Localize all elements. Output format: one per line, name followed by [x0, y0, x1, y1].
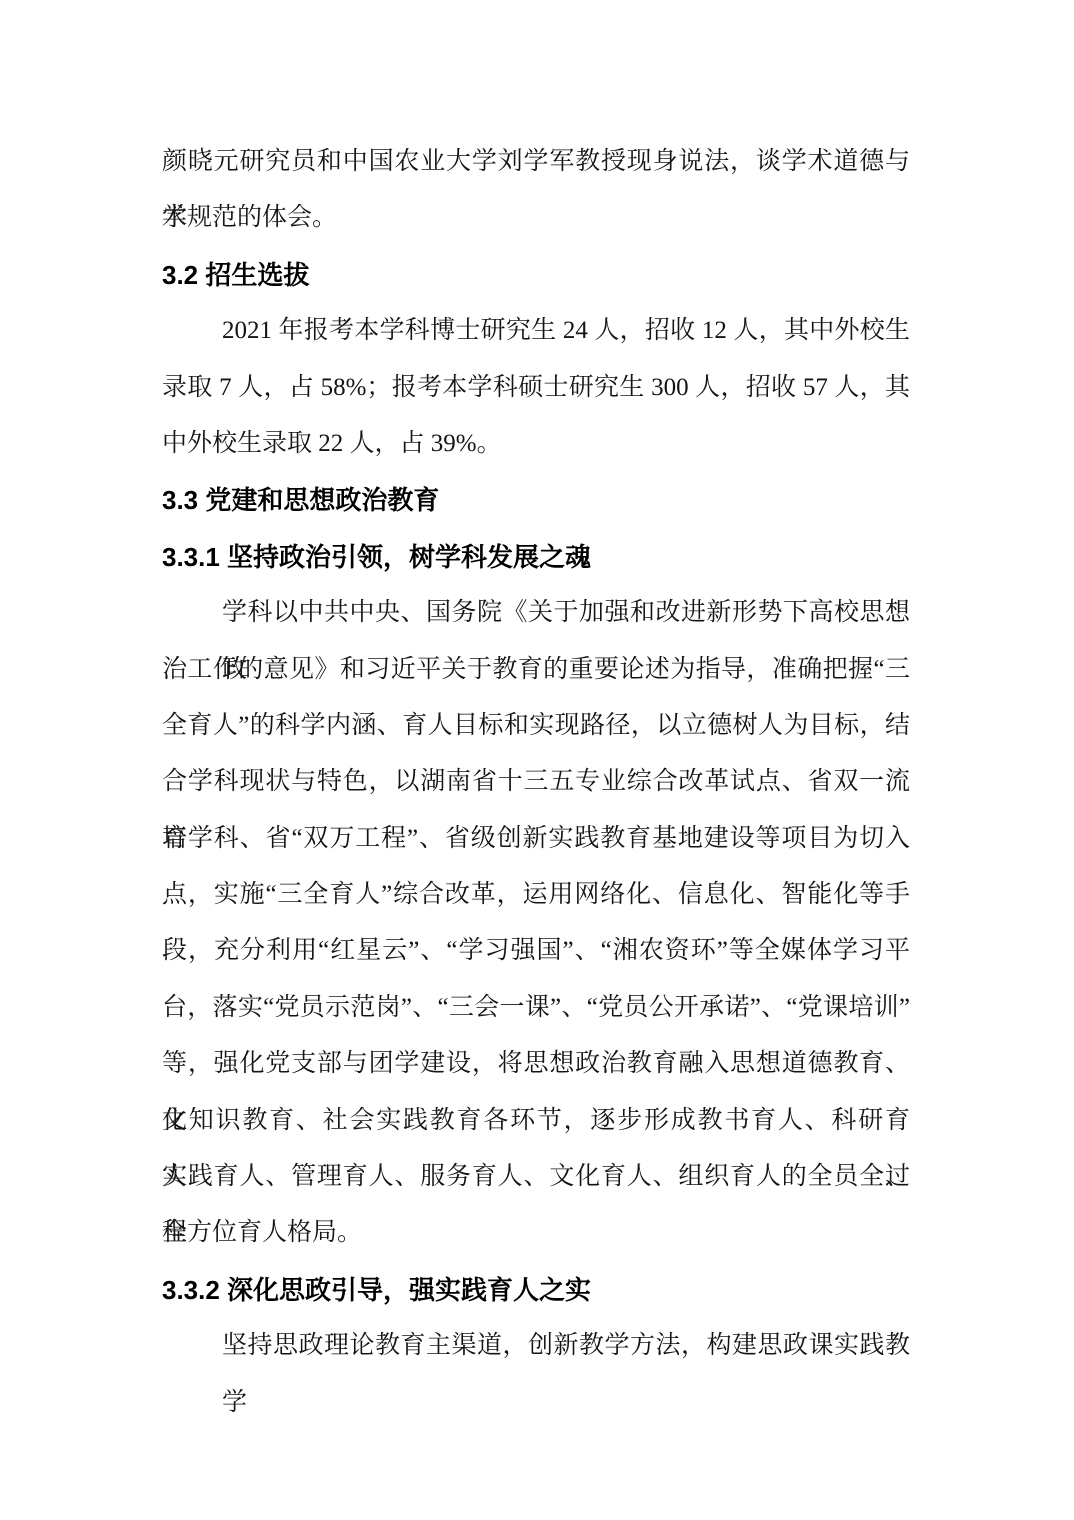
paragraph-line: 育学科、省“双万工程”、省级创新实践教育基地建设等项目为切入	[162, 811, 910, 867]
paragraph-line: 录取 7 人，占 58%；报考本学科硕士研究生 300 人，招收 57 人，其	[162, 360, 910, 416]
paragraph-line: 点，实施“三全育人”综合改革，运用网络化、信息化、智能化等手	[162, 867, 910, 923]
section-heading-3-3: 3.3 党建和思想政治教育	[162, 472, 910, 528]
paragraph-line: 2021 年报考本学科博士研究生 24 人，招收 12 人，其中外校生	[162, 303, 910, 359]
paragraph-line: 术规范的体会。	[162, 190, 910, 246]
section-heading-3-2: 3.2 招生选拔	[162, 247, 910, 303]
paragraph-line: 坚持思政理论教育主渠道，创新教学方法，构建思政课实践教学	[162, 1318, 910, 1374]
paragraph-line: 合学科现状与特色，以湖南省十三五专业综合改革试点、省双一流培	[162, 754, 910, 810]
paragraph-line: 中外校生录取 22 人，占 39%。	[162, 416, 910, 472]
section-heading-3-3-2: 3.3.2 深化思政引导，强实践育人之实	[162, 1262, 910, 1318]
paragraph-line: 颜晓元研究员和中国农业大学刘学军教授现身说法，谈学术道德与学	[162, 134, 910, 190]
document-page: 颜晓元研究员和中国农业大学刘学军教授现身说法，谈学术道德与学 术规范的体会。 3…	[0, 0, 1074, 1520]
section-heading-3-3-1: 3.3.1 坚持政治引领，树学科发展之魂	[162, 529, 910, 585]
paragraph-line: 化知识教育、社会实践教育各环节，逐步形成教书育人、科研育人、	[162, 1093, 910, 1149]
paragraph-line: 全育人”的科学内涵、育人目标和实现路径，以立德树人为目标，结	[162, 698, 910, 754]
paragraph-line: 段，充分利用“红星云”、“学习强国”、“湘农资环”等全媒体学习平	[162, 923, 910, 979]
paragraph-line: 治工作的意见》和习近平关于教育的重要论述为指导，准确把握“三	[162, 642, 910, 698]
paragraph-line: 等，强化党支部与团学建设，将思想政治教育融入思想道德教育、文	[162, 1036, 910, 1092]
paragraph-line: 实践育人、管理育人、服务育人、文化育人、组织育人的全员全过程	[162, 1149, 910, 1205]
paragraph-line: 台，落实“党员示范岗”、“三会一课”、“党员公开承诺”、“党课培训”	[162, 980, 910, 1036]
paragraph-line: 学科以中共中央、国务院《关于加强和改进新形势下高校思想政	[162, 585, 910, 641]
paragraph-line: 全方位育人格局。	[162, 1205, 910, 1261]
